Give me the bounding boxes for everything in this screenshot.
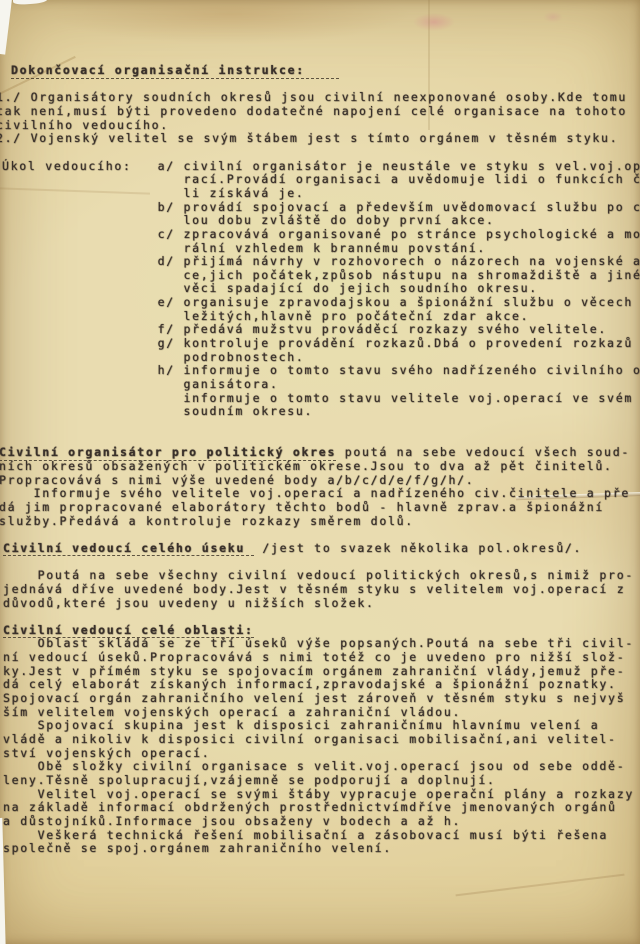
text-segment: Spojovací orgán zahraničního velení jest… xyxy=(3,691,625,705)
text-segment: 2./ Vojenský velitel se svým štábem jest… xyxy=(0,131,618,145)
text-line: Dokončovací organisační instrukce: xyxy=(11,64,640,78)
text-segment: ce,jich počátek,způsob nástupu na shroma… xyxy=(2,268,640,282)
text-line: soudním okresu. xyxy=(2,405,640,419)
text-segment: informuje o tomto stavu velitele voj.ope… xyxy=(2,391,633,405)
text-segment: b/ provádí spojovací a především uvědomo… xyxy=(2,200,640,214)
text-line: 1./ Organisátory soudních okresů jsou ci… xyxy=(0,91,640,105)
text-segment: li získává je. xyxy=(2,186,305,200)
text-line: Civilní vedoucí celého úseku /jest to sv… xyxy=(3,542,640,556)
text-segment: d/ přijímá návrhy v rozhovorech o názore… xyxy=(2,254,640,268)
text-segment: ležitých,hlavně pro počáteční zdar akce. xyxy=(2,309,529,323)
text-line: služby.Předává a kontroluje rozkazy směr… xyxy=(0,515,640,529)
text-line: g/ kontroluje provádění rozkazů.Dbá o pr… xyxy=(2,337,640,351)
text-segment: Veškerá technická řešení mobilisační a z… xyxy=(3,828,608,842)
text-line: Informuje svého velitele voj.operací a n… xyxy=(0,487,640,501)
text-segment: /jest to svazek několika pol.okresů/. xyxy=(254,541,582,555)
text-line: Spojovací orgán zahraničního velení jest… xyxy=(3,692,640,706)
text-segment: rální vzhledem k brannému povstání. xyxy=(2,241,486,255)
text-segment: Obě složky civilní organisace s velit.vo… xyxy=(3,759,625,773)
text-line: d/ přijímá návrhy v rozhovorech o názore… xyxy=(2,255,640,269)
text-line: Obě složky civilní organisace s velit.vo… xyxy=(3,760,640,774)
text-segment: rací.Provádí organisaci a uvědomuje lidi… xyxy=(2,172,640,186)
text-line: lou dobu zvláště do doby první akce. xyxy=(2,214,640,228)
block-title: Dokončovací organisační instrukce: xyxy=(11,64,640,78)
text-segment: f/ předává mužstvu prováděcí rozkazy své… xyxy=(2,322,607,336)
text-line: ní vedoucí úseků.Propracovává s nimi tot… xyxy=(3,651,640,665)
text-segment: Velitel voj.operací se svými štáby vypra… xyxy=(3,787,634,801)
text-segment: c/ zpracovává organisované po stránce ps… xyxy=(2,227,640,241)
text-line: na základě informací obdržených prostřed… xyxy=(3,801,640,815)
text-segment: společně se spoj.orgánem zahraničního ve… xyxy=(3,841,392,855)
text-line: jednává dříve uvedené body.Jest v těsném… xyxy=(3,583,640,597)
text-segment: e/ organisuje zpravodajskou a špionážní … xyxy=(2,295,640,309)
text-line: h/ informuje o tomto stavu svého nadříze… xyxy=(2,364,640,378)
text-line: Civilní organisátor pro politický okres … xyxy=(0,446,640,460)
text-segment: lou dobu zvláště do doby první akce. xyxy=(2,213,495,227)
section-heading: Dokončovací organisační instrukce: xyxy=(11,63,339,79)
text-segment: h/ informuje o tomto stavu svého nadříze… xyxy=(2,363,640,377)
section-heading: Civilní vedoucí celého úseku xyxy=(3,541,254,557)
text-segment: jednává dříve uvedené body.Jest v těsném… xyxy=(3,582,625,596)
text-segment: civilního vedoucího. xyxy=(0,118,169,132)
text-line: leny.Těsně spolupracují,vzájemně se podp… xyxy=(3,774,640,788)
text-segment: Propracovává s nimi výše uvedené body a/… xyxy=(0,473,474,487)
text-segment: ganisátora. xyxy=(2,377,279,391)
text-line: důvodů,které jsou uvedeny u nižších slož… xyxy=(3,597,640,611)
text-line: tak není,musí býti provedeno dodatečné n… xyxy=(0,105,640,119)
text-segment: vládě a nikoliv k disposici civilní orga… xyxy=(3,732,617,746)
text-segment: podrobnostech. xyxy=(2,350,305,364)
text-segment: Informuje svého velitele voj.operací a n… xyxy=(0,486,630,500)
text-segment: 1./ Organisátory soudních okresů jsou ci… xyxy=(0,90,627,104)
text-line: li získává je. xyxy=(2,187,640,201)
text-line: ganisátora. xyxy=(2,378,640,392)
text-line: a důstojníků.Informace jsou obsaženy v b… xyxy=(3,815,640,829)
text-segment: dá jim propracované elaborátory těchto b… xyxy=(0,500,604,514)
text-segment: soudním okresu. xyxy=(2,404,313,418)
text-segment: služby.Předává a kontroluje rozkazy směr… xyxy=(0,514,414,528)
text-line: e/ organisuje zpravodajskou a špionážní … xyxy=(2,296,640,310)
text-segment: ství vojenských operací. xyxy=(3,746,210,760)
document-text: Dokončovací organisační instrukce: 1./ O… xyxy=(5,64,640,856)
text-segment: důvodů,které jsou uvedeny u nižších slož… xyxy=(3,596,375,610)
text-line: Spojovací skupina jest k disposici zahra… xyxy=(3,719,640,733)
text-segment: dá celý elaborát získaných informací,zpr… xyxy=(3,677,617,691)
block-organisator: Civilní organisátor pro politický okres … xyxy=(0,446,640,528)
text-segment: Oblast skládá se ze tří úseků výše popsa… xyxy=(3,636,634,650)
block-oblasti: Civilní vedoucí celé oblasti: Oblast skl… xyxy=(3,624,640,856)
scanned-document-page: { "page": { "kind": "typewritten scanned… xyxy=(0,0,640,944)
text-segment: Spojovací skupina jest k disposici zahra… xyxy=(3,718,599,732)
text-line: společně se spoj.orgánem zahraničního ve… xyxy=(3,842,640,856)
text-line: vládě a nikoliv k disposici civilní orga… xyxy=(3,733,640,747)
text-segment: na základě informací obdržených prostřed… xyxy=(3,800,617,814)
text-segment: a důstojníků.Informace jsou obsaženy v b… xyxy=(3,814,461,828)
text-line: ních okresů obsažených v politickém okre… xyxy=(0,460,640,474)
text-line: Poutá na sebe všechny civilní vedoucí po… xyxy=(3,569,640,583)
text-segment: tak není,musí býti provedeno dodatečné n… xyxy=(0,104,627,118)
text-line: rací.Provádí organisaci a uvědomuje lidi… xyxy=(2,173,640,187)
text-line: c/ zpracovává organisované po stránce ps… xyxy=(2,228,640,242)
text-line: 2./ Vojenský velitel se svým štábem jest… xyxy=(0,132,640,146)
block-ukol: Úkol vedoucího: a/ civilní organisátor j… xyxy=(2,160,640,419)
text-segment: g/ kontroluje provádění rozkazů.Dbá o pr… xyxy=(2,336,640,350)
text-segment: Poutá na sebe všechny civilní vedoucí po… xyxy=(3,568,634,582)
text-segment: poutá na sebe vedoucí všech soud- xyxy=(336,445,630,459)
text-segment: ky.Jest v přímém styku se spojovacím org… xyxy=(3,664,625,678)
text-segment: ních okresů obsažených v politickém okre… xyxy=(0,459,613,473)
text-segment: Úkol vedoucího: a/ civilní organisátor j… xyxy=(2,159,640,173)
block-intro: 1./ Organisátory soudních okresů jsou ci… xyxy=(0,91,640,146)
block-useku: Civilní vedoucí celého úseku /jest to sv… xyxy=(3,542,640,610)
text-segment: ní vedoucí úseků.Propracovává s nimi tot… xyxy=(3,650,625,664)
text-segment: věci spadající do jejich soudního okresu… xyxy=(2,281,538,295)
text-segment: leny.Těsně spolupracují,vzájemně se podp… xyxy=(3,773,496,787)
text-segment: ším velitelem vojenských operací a zahra… xyxy=(3,705,461,719)
text-line: dá jim propracované elaborátory těchto b… xyxy=(0,501,640,515)
